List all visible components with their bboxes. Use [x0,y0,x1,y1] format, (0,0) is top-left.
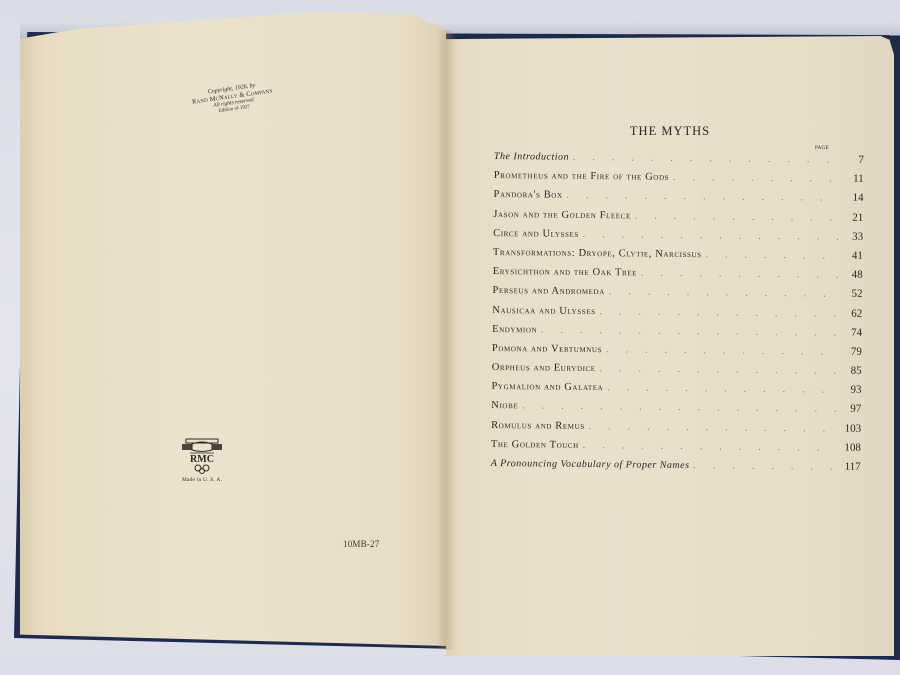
dot-leader [600,363,838,375]
toc-entry-title: A Pronouncing Vocabulary of Proper Names [491,458,690,471]
print-code: 10MB-27 [343,539,379,549]
dot-leader [541,324,838,337]
toc-heading: THE MYTHS [600,124,740,139]
dot-leader [583,440,837,453]
toc-entry-page: 85 [842,365,862,377]
toc-entry-page: 108 [841,441,861,453]
dot-leader [607,382,837,394]
dot-leader [641,268,839,280]
dot-leader [567,190,840,203]
toc-entry-title: Pomona and Vertumnus [492,343,602,355]
dot-leader [609,287,839,299]
publisher-mark: RMC Made in U. S. A. [172,438,232,483]
toc-entry-title: Niobe [491,400,518,411]
toc-entry-page: 79 [842,346,862,358]
toc-entry-page: 97 [841,403,861,415]
page-column-label: PAGE [815,146,829,151]
dot-leader [583,229,839,242]
toc-entry-page: 74 [842,326,862,338]
toc-entry-page: 52 [842,288,862,300]
toc-entry-page: 21 [843,211,863,223]
dot-leader [693,460,836,471]
svg-text:RMC: RMC [190,454,214,465]
toc-entry-title: Circe and Ulysses [493,228,579,240]
toc-entry-title: Nausicaa and Ulysses [492,304,595,316]
toc-entry-title: Pygmalion and Galatea [491,381,603,393]
rmc-publisher-emblem-icon: RMC [180,438,224,474]
toc-entry-page: 117 [841,461,861,473]
toc-entry-page: 14 [843,192,863,204]
dot-leader [600,306,839,318]
toc-entry-page: 62 [842,307,862,319]
toc-entry-page: 103 [841,422,861,434]
toc-entry-title: The Introduction [494,151,569,163]
book-gutter [436,30,456,650]
toc-entry-title: Orpheus and Eurydice [492,362,596,374]
table-of-contents: The Introduction7Prometheus and the Fire… [491,150,864,480]
toc-entry-title: Endymion [492,324,537,335]
made-in-usa-caption: Made in U. S. A. [172,477,232,483]
toc-entry-page: 93 [841,384,861,396]
toc-entry-title: The Golden Touch [491,439,579,451]
toc-entry-page: 11 [844,173,864,185]
toc-entry-page: 33 [843,230,863,242]
toc-entry-title: Jason and the Golden Fleece [493,209,631,221]
dot-leader [573,152,840,165]
toc-entry-title: Erysichthon and the Oak Tree [493,266,637,279]
dot-leader [606,344,838,356]
toc-entry-title: Prometheus and the Fire of the Gods [494,170,670,183]
toc-entry-title: Pandora's Box [493,189,562,201]
toc-entry-title: Perseus and Andromeda [492,285,604,297]
toc-entry-page: 48 [843,269,863,281]
toc-entry-title: Transformations: Dryope, Clytie, Narciss… [493,247,702,260]
dot-leader [706,249,839,260]
dot-leader [522,401,837,414]
dot-leader [589,421,837,434]
toc-entry-title: Romulus and Remus [491,420,585,432]
toc-entry-page: 41 [843,250,863,262]
dot-leader [635,210,840,222]
dot-leader [673,172,840,184]
toc-entry-page: 7 [844,154,864,166]
toc-entry: A Pronouncing Vocabulary of Proper Names… [491,457,861,480]
